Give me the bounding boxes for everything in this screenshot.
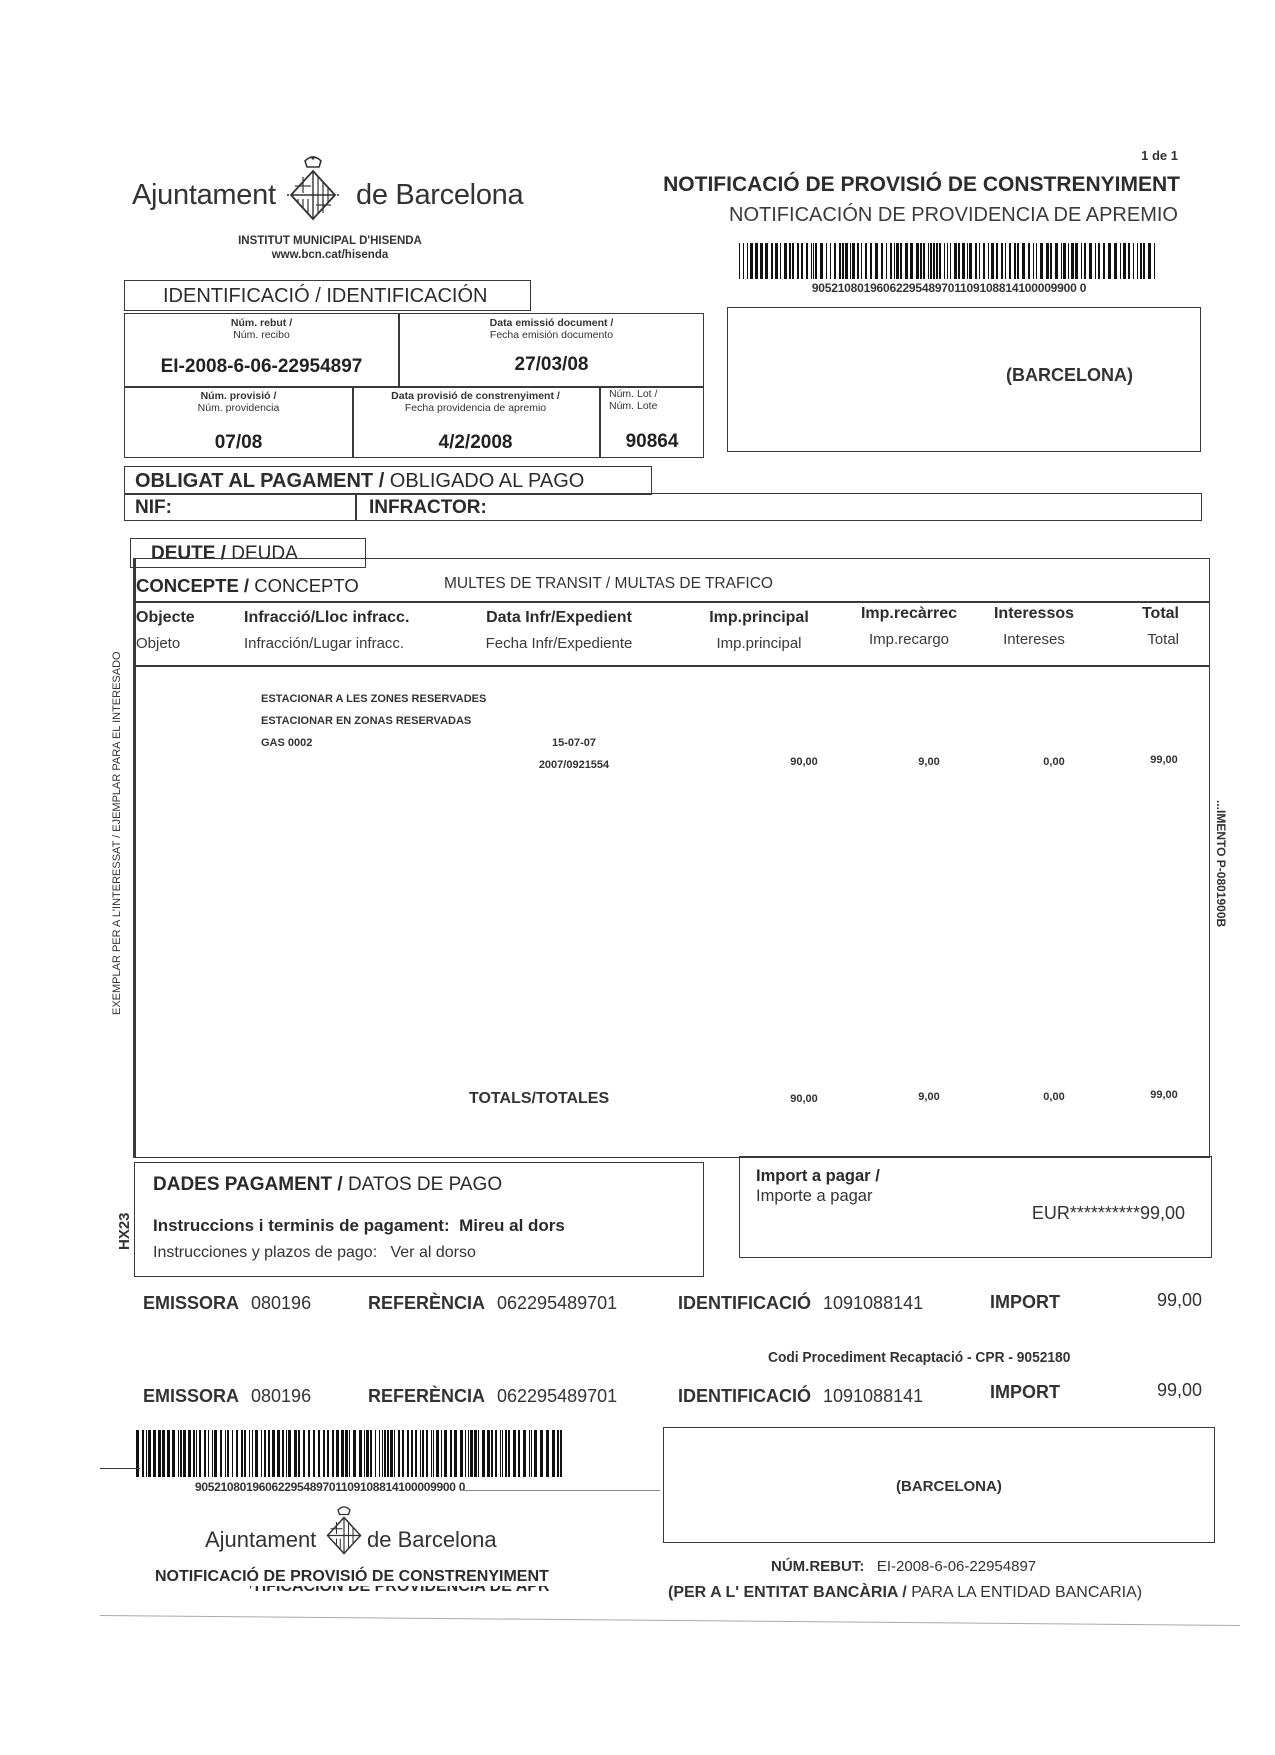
row-interest: 0,00 xyxy=(1004,756,1104,768)
column-header: ObjecteObjeto xyxy=(136,609,246,652)
footer-title-catalan: NOTIFICACIÓ DE PROVISIÓ DE CONSTRENYIMEN… xyxy=(155,1568,549,1586)
barcode-top xyxy=(739,243,1159,279)
coat-of-arms-icon xyxy=(285,155,341,223)
row-principal: 90,00 xyxy=(754,756,854,768)
institute-name: INSTITUT MUNICIPAL D'HISENDA xyxy=(200,235,460,247)
address-city-top: (BARCELONA) xyxy=(1006,365,1133,386)
instructions-catalan: Instruccions i terminis de pagament: Mir… xyxy=(153,1216,565,1236)
identification-grid: Núm. rebut /Núm. recibo EI-2008-6-06-229… xyxy=(124,313,704,458)
tear-line-left xyxy=(100,1468,140,1469)
logo-text-right: de Barcelona xyxy=(356,179,523,212)
amount-due: EUR**********99,00 xyxy=(1032,1203,1185,1224)
concept-label: CONCEPTE / CONCEPTO xyxy=(136,575,359,597)
infraction-date: 15-07-07 xyxy=(514,737,634,749)
institute-website[interactable]: www.bcn.cat/hisenda xyxy=(200,249,460,261)
copy-for-interested-party: EXEMPLAR PER A L'INTERESSAT / EJEMPLAR P… xyxy=(111,651,123,1015)
footer-receipt: NÚM.REBUT: EI-2008-6-06-22954897 xyxy=(771,1558,1036,1575)
payment-box: DADES PAGAMENT / DATOS DE PAGO Instrucci… xyxy=(134,1162,704,1277)
identification-title-box: IDENTIFICACIÓ / IDENTIFICACIÓN xyxy=(124,280,531,311)
total-principal: 90,00 xyxy=(754,1093,854,1105)
page-edge-line xyxy=(100,1615,1240,1626)
identification-title: IDENTIFICACIÓ / IDENTIFICACIÓN xyxy=(163,285,487,308)
tear-line-right xyxy=(460,1490,660,1491)
city-logo: Ajuntament de Barcelona xyxy=(132,155,532,235)
column-header: Infracció/Lloc infracc.Infracción/Lugar … xyxy=(244,609,434,652)
column-header: Data Infr/ExpedientFecha Infr/Expediente xyxy=(454,609,664,652)
lot-label: Núm. Lot /Núm. Lote xyxy=(609,388,704,412)
total-interest: 0,00 xyxy=(1004,1091,1104,1103)
row-total: 99,00 xyxy=(1114,754,1214,766)
barcode-bottom xyxy=(136,1430,566,1477)
address-city-bottom: (BARCELONA) xyxy=(896,1478,1002,1495)
address-box-top: (BARCELONA) xyxy=(727,307,1201,452)
total-total: 99,00 xyxy=(1114,1089,1214,1101)
infractor-label: INFRACTOR: xyxy=(369,497,487,519)
footer-coat-of-arms-icon xyxy=(323,1505,365,1557)
logo-text-left: Ajuntament xyxy=(132,179,276,212)
concept-value: MULTES DE TRANSIT / MULTAS DE TRAFICO xyxy=(444,575,773,593)
bank-copy-note: (PER A L' ENTITAT BANCÀRIA / PARA LA ENT… xyxy=(668,1584,1142,1602)
address-box-bottom: (BARCELONA) xyxy=(663,1427,1215,1543)
title-spanish: NOTIFICACIÓN DE PROVIDENCIA DE APREMIO xyxy=(660,204,1178,227)
amount-label-spanish: Importe a pagar xyxy=(756,1187,872,1206)
column-header: TotalTotal xyxy=(1119,605,1179,648)
page-count: 1 de 1 xyxy=(1080,148,1178,163)
amount-label-catalan: Import a pagar / xyxy=(756,1167,880,1186)
barcode-number-bottom: 9052108019606229548970110910881410000990… xyxy=(195,1480,465,1494)
issue-date-label: Data emissió document /Fecha emisión doc… xyxy=(398,317,705,341)
issue-date: 27/03/08 xyxy=(398,354,705,376)
collection-procedure-code: Codi Procediment Recaptació - CPR - 9052… xyxy=(768,1350,1070,1366)
nif-label: NIF: xyxy=(135,497,172,519)
column-header: InteressosIntereses xyxy=(959,605,1109,648)
totals-label: TOTALS/TOTALES xyxy=(469,1090,609,1108)
instructions-spanish: Instrucciones y plazos de pago: Ver al d… xyxy=(153,1244,476,1262)
obligor-row: NIF: INFRACTOR: xyxy=(124,493,1202,521)
row-surcharge: 9,00 xyxy=(879,756,979,768)
footer-logo-text-left: Ajuntament xyxy=(205,1527,316,1553)
title-catalan: NOTIFICACIÓ DE PROVISIÓ DE CONSTRENYIMEN… xyxy=(660,173,1180,197)
infraction-location: GAS 0002 xyxy=(261,737,312,749)
obligor-title-box: OBLIGAT AL PAGAMENT / OBLIGADO AL PAGO xyxy=(124,466,652,495)
receipt-number: EI-2008-6-06-22954897 xyxy=(125,356,398,378)
provision-number: 07/08 xyxy=(125,432,352,454)
provision-number-label: Núm. provisió /Núm. providencia xyxy=(125,390,352,414)
barcode-number-top: 9052108019606229548970110910881410000990… xyxy=(739,281,1159,295)
provision-date-label: Data provisió de constrenyiment /Fecha p… xyxy=(352,390,599,414)
column-header: Imp.principalImp.principal xyxy=(689,609,829,652)
obligor-title: OBLIGAT AL PAGAMENT / OBLIGADO AL PAGO xyxy=(135,470,584,493)
total-surcharge: 9,00 xyxy=(879,1091,979,1103)
debt-table: CONCEPTE / CONCEPTO MULTES DE TRANSIT / … xyxy=(133,558,1210,1158)
lot-number: 90864 xyxy=(599,431,705,453)
amount-due-box: Import a pagar / Importe a pagar EUR****… xyxy=(739,1156,1212,1258)
receipt-label: Núm. rebut /Núm. recibo xyxy=(125,317,398,341)
footer-title-spanish-partial: NOTIFICACIÓN DE PROVIDENCIA DE APREMIO xyxy=(250,1586,550,1594)
provision-date: 4/2/2008 xyxy=(352,432,599,454)
infraction-spanish: ESTACIONAR EN ZONAS RESERVADAS xyxy=(261,715,471,727)
payment-title: DADES PAGAMENT / DATOS DE PAGO xyxy=(153,1174,502,1196)
document-code-vertical: ...IMENTO P-0801900B xyxy=(1214,800,1228,927)
infraction-catalan: ESTACIONAR A LES ZONES RESERVADES xyxy=(261,693,486,705)
footer-logo-text-right: de Barcelona xyxy=(367,1527,497,1553)
file-number: 2007/0921554 xyxy=(514,759,634,771)
footer-logo: Ajuntament de Barcelona xyxy=(205,1505,525,1565)
side-code: HX23 xyxy=(116,1212,133,1250)
